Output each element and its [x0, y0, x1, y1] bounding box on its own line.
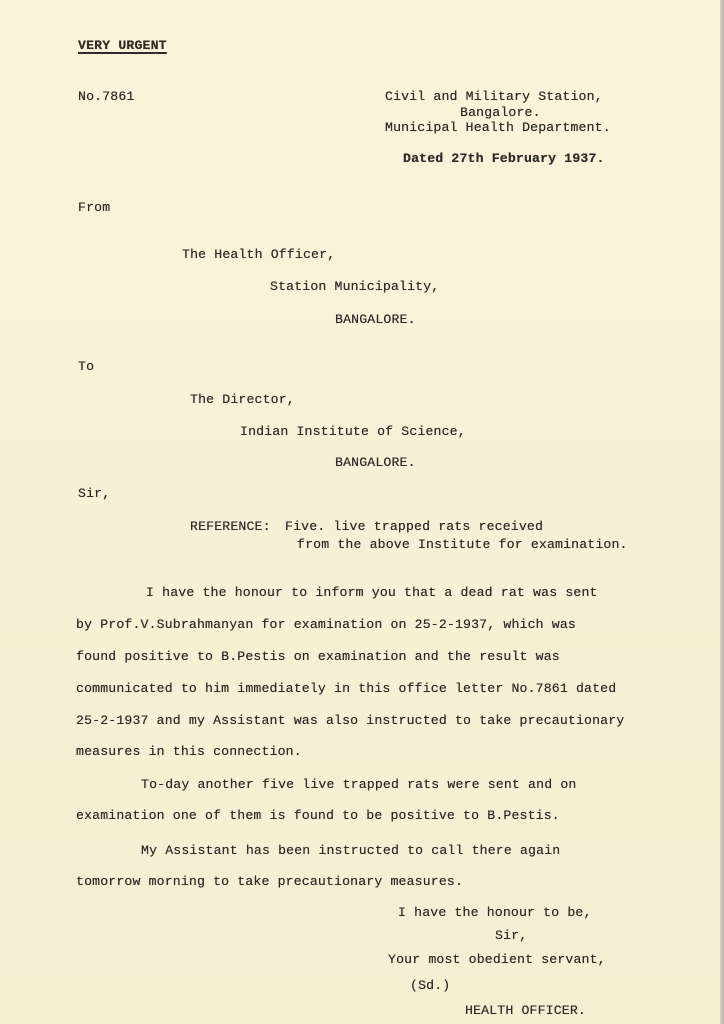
closing-line-1: I have the honour to be,: [398, 905, 592, 921]
document-page: VERY URGENT No.7861 Civil and Military S…: [0, 0, 724, 1024]
reference-number: No.7861: [78, 89, 134, 105]
body-line: I have the honour to inform you that a d…: [146, 585, 598, 601]
closing-line-3: Your most obedient servant,: [388, 952, 606, 968]
letter-date: Dated 27th February 1937.: [403, 151, 605, 167]
body-line: found positive to B.Pestis on examinatio…: [76, 649, 560, 665]
body-line: To-day another five live trapped rats we…: [141, 777, 576, 793]
from-line-1: The Health Officer,: [182, 247, 335, 263]
from-label: From: [78, 200, 110, 216]
from-line-2: Station Municipality,: [270, 279, 439, 295]
from-line-3: BANGALORE.: [335, 312, 416, 328]
to-label: To: [78, 359, 94, 375]
to-line-2: Indian Institute of Science,: [240, 424, 466, 440]
body-line: 25-2-1937 and my Assistant was also inst…: [76, 713, 624, 729]
priority-heading: VERY URGENT: [78, 38, 167, 54]
closing-title: HEALTH OFFICER.: [465, 1003, 586, 1019]
to-line-3: BANGALORE.: [335, 455, 416, 471]
body-line: tomorrow morning to take precautionary m…: [76, 874, 463, 890]
closing-signature: (Sd.): [410, 978, 450, 994]
body-line: measures in this connection.: [76, 744, 302, 760]
body-line: communicated to him immediately in this …: [76, 681, 616, 697]
reference-label: REFERENCE:: [190, 519, 271, 535]
to-line-1: The Director,: [190, 392, 295, 408]
reference-line-2: from the above Institute for examination…: [297, 537, 628, 553]
body-line: My Assistant has been instructed to call…: [141, 843, 560, 859]
office-line-1: Civil and Military Station,: [385, 89, 603, 105]
office-line-3: Municipal Health Department.: [385, 120, 611, 136]
office-line-2: Bangalore.: [460, 105, 541, 121]
body-line: by Prof.V.Subrahmanyan for examination o…: [76, 617, 576, 633]
body-line: examination one of them is found to be p…: [76, 808, 560, 824]
paper-edge: [720, 0, 724, 1024]
closing-line-2: Sir,: [495, 928, 527, 944]
salutation: Sir,: [78, 486, 110, 502]
reference-line-1: Five. live trapped rats received: [285, 519, 543, 535]
